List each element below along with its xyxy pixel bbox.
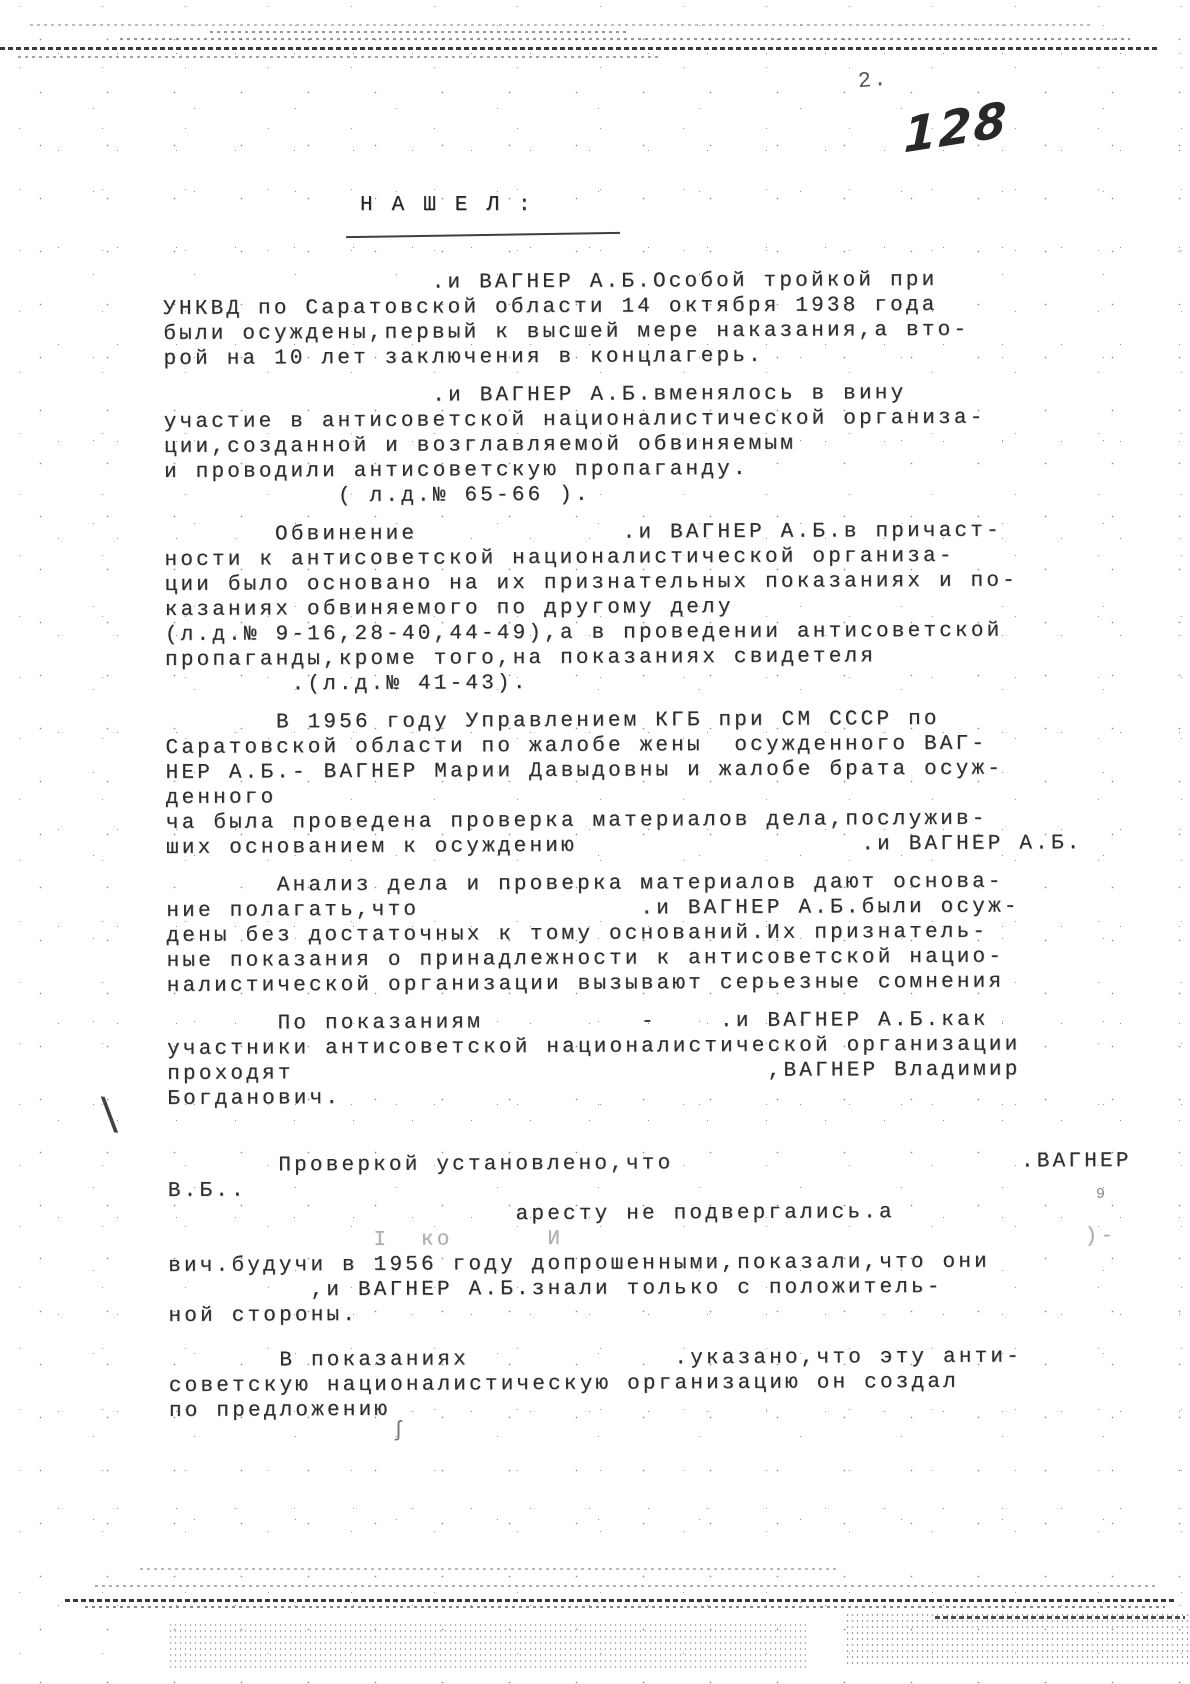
- paragraph: В 1956 году Управлением КГБ при СМ СССР …: [165, 706, 1180, 861]
- paragraph: В показаниях .указано,что эту анти-совет…: [169, 1344, 1183, 1424]
- document-line: Проверкой установлено,что .ВАГНЕР: [168, 1149, 1182, 1179]
- scan-noise-top-2: [210, 31, 630, 33]
- scan-noise-top-4: [0, 47, 1160, 50]
- stray-hook-mark: ʃ: [392, 1418, 405, 1443]
- document-line: Богданович.: [167, 1082, 1181, 1112]
- scan-noise-bottom-2: [95, 1585, 1155, 1587]
- paragraph: .и ВАГНЕР А.Б.Особой тройкой приУНКВД по…: [163, 267, 1178, 372]
- document-line: по предложению: [169, 1394, 1183, 1424]
- document-page: 2. 128 Н А Ш Е Л : .и ВАГНЕР А.Б.Особой …: [0, 0, 1190, 1684]
- typed-page-number: 2.: [857, 67, 889, 95]
- scan-noise-smudge-right: [845, 1612, 1190, 1668]
- scan-noise-top-1: [30, 24, 1090, 26]
- paragraph: Обвинение .и ВАГНЕР А.Б.в причаст-ности …: [164, 518, 1179, 698]
- document-line: ших основанием к осуждению .и ВАГНЕР А.Б…: [166, 831, 1180, 861]
- stray-tiny-mark: 9: [1096, 1186, 1105, 1203]
- document-line: I ко И )-: [168, 1224, 1182, 1254]
- scan-noise-top-3: [120, 38, 1130, 40]
- document-body: .и ВАГНЕР А.Б.Особой тройкой приУНКВД по…: [163, 267, 1183, 1437]
- handwritten-page-number: 128: [903, 91, 1009, 164]
- scan-noise-top-5: [18, 56, 658, 58]
- stray-pen-stroke: \: [92, 1091, 127, 1146]
- paragraph: По показаниям - .и ВАГНЕР А.Б.какучастни…: [167, 1007, 1182, 1112]
- paragraph: Анализ дела и проверка материалов дают о…: [166, 869, 1181, 999]
- document-line: налистической организации вызывают серье…: [167, 969, 1181, 999]
- paragraph: .и ВАГНЕР А.Б.вменялось в винуучастие в …: [164, 380, 1179, 510]
- scan-noise-bottom-3: [65, 1599, 1175, 1602]
- scan-noise-bottom-4: [85, 1606, 1165, 1608]
- document-line: ( л.д.№ 65-66 ).: [164, 480, 1178, 510]
- document-line: ной стороны.: [168, 1299, 1182, 1329]
- scan-noise-smudge-left: [168, 1622, 808, 1668]
- scan-noise-bottom-1: [140, 1568, 840, 1570]
- document-line: .(л.д.№ 41-43).: [165, 668, 1179, 698]
- document-heading: Н А Ш Е Л :: [360, 194, 534, 217]
- paragraph: Проверкой установлено,что .ВАГНЕРВ.Б.. а…: [168, 1149, 1183, 1329]
- document-line: рой на 10 лет заключения в концлагерь.: [163, 342, 1177, 372]
- heading-underline: [346, 232, 620, 238]
